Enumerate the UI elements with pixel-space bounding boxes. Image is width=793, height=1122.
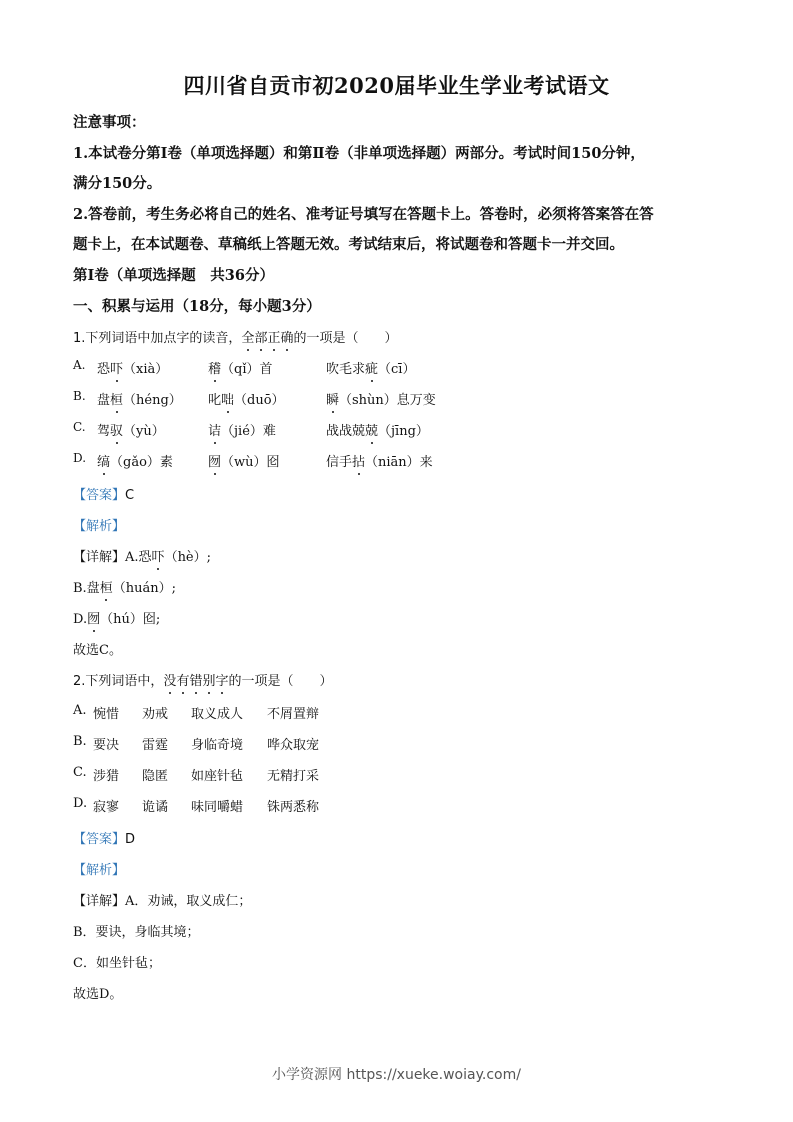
option-word: 无精打采 (267, 765, 319, 784)
option-word: 寂寥 (93, 796, 119, 815)
option-word: 味同嚼蜡 (191, 796, 243, 815)
option-letter: C. (73, 420, 86, 434)
emphasis-char: 正 (267, 327, 280, 346)
option-word: 不屑置辩 (267, 703, 319, 722)
question-2-detail-1: 【详解】A．劝诫，取义成仁； (73, 890, 251, 909)
question-1-analysis-label: 【解析】 (73, 515, 125, 535)
question-2-analysis-label: 【解析】 (73, 859, 125, 879)
emphasis-char: 没 (163, 670, 176, 689)
option-item: 恐吓（xià） (97, 358, 168, 377)
question-2-stem: 2.下列词语中，没有错别字的一项是（ ） (73, 670, 333, 689)
option-letter: B. (73, 734, 87, 749)
question-1-detail-1: 【详解】A.恐吓（hè）; (73, 546, 211, 565)
question-1-stem: 1.下列词语中加点字的读音，全部正确的一项是（ ） (73, 327, 398, 346)
option-item: 盘桓（héng） (97, 389, 182, 408)
notes-heading: 注意事项： (73, 111, 146, 132)
option-item: 驾驭（yù） (97, 420, 165, 439)
section-1-heading: 一、积累与运用（18分，每小题3分） (73, 295, 321, 316)
emphasized-text: 没有错别字 (163, 674, 228, 689)
question-1-conclusion: 故选C。 (73, 639, 122, 658)
option-word: 如座针毡 (191, 765, 243, 784)
option-word: 涉猎 (93, 765, 119, 784)
option-item: 吹毛求疵（cī） (326, 358, 415, 377)
note-2-line-2: 题卡上，在本试题卷、草稿纸上答题无效。考试结束后，将试题卷和答题卡一并交回。 (73, 233, 624, 254)
question-2-detail-3: C．如坐针毡； (73, 952, 161, 971)
note-1-line-2: 满分150分。 (73, 172, 161, 193)
option-item: 缟（gǎo）素 (97, 451, 173, 470)
emphasis-char: 全 (241, 327, 254, 346)
emphasis-char: 确 (280, 327, 293, 346)
option-word: 身临奇境 (191, 734, 243, 753)
question-1-detail-2: B.盘桓（huán）; (73, 577, 176, 596)
option-item: 瞬（shùn）息万变 (326, 389, 436, 408)
option-word: 劝戒 (142, 703, 168, 722)
option-item: 信手拈（niān）来 (326, 451, 433, 470)
question-2-answer: 【答案】D (73, 828, 135, 848)
part-1-heading: 第Ⅰ卷（单项选择题 共36分） (73, 264, 274, 285)
option-item: 囫（wù）囵 (208, 451, 280, 470)
option-word: 隐匿 (142, 765, 168, 784)
emphasis-char: 部 (254, 327, 267, 346)
option-letter: D. (73, 796, 87, 811)
option-item: 战战兢兢（jīng） (326, 420, 429, 439)
option-word: 铢两悉称 (267, 796, 319, 815)
note-1-line-1: 1.本试卷分第Ⅰ卷（单项选择题）和第Ⅱ卷（非单项选择题）两部分。考试时间150分… (73, 142, 645, 163)
emphasis-char: 有 (176, 670, 189, 689)
option-letter: B. (73, 389, 86, 403)
option-item: 稽（qǐ）首 (208, 358, 273, 377)
emphasis-char: 错 (189, 670, 202, 689)
emphasized-text: 全部正确 (241, 331, 293, 346)
option-word: 取义成人 (191, 703, 243, 722)
question-2-detail-2: B．要诀，身临其境； (73, 921, 200, 940)
emphasis-char: 别 (202, 670, 215, 689)
option-word: 诡谲 (142, 796, 168, 815)
question-1-answer: 【答案】C (73, 484, 134, 504)
option-letter: A. (73, 703, 87, 718)
emphasis-char: 字 (215, 670, 228, 689)
option-word: 哗众取宠 (267, 734, 319, 753)
exam-page: 四川省自贡市初2020届毕业生学业考试语文 注意事项： 1.本试卷分第Ⅰ卷（单项… (0, 0, 793, 1122)
question-2-conclusion: 故选D。 (73, 983, 122, 1002)
option-letter: D. (73, 451, 86, 465)
option-word: 要决 (93, 734, 119, 753)
option-word: 雷霆 (142, 734, 168, 753)
document-title: 四川省自贡市初2020届毕业生学业考试语文 (0, 70, 793, 100)
option-letter: C. (73, 765, 87, 780)
note-2-line-1: 2.答卷前，考生务必将自己的姓名、准考证号填写在答题卡上。答卷时，必须将答案答在… (73, 203, 654, 224)
option-item: 诘（jié）难 (208, 420, 276, 439)
option-word: 惋惜 (93, 703, 119, 722)
question-1-detail-3: D.囫（hú）囵; (73, 608, 160, 627)
option-letter: A. (73, 358, 85, 372)
option-item: 叱咄（duō） (208, 389, 285, 408)
footer-watermark: 小学资源网 https://xueke.woiay.com/ (0, 1064, 793, 1084)
